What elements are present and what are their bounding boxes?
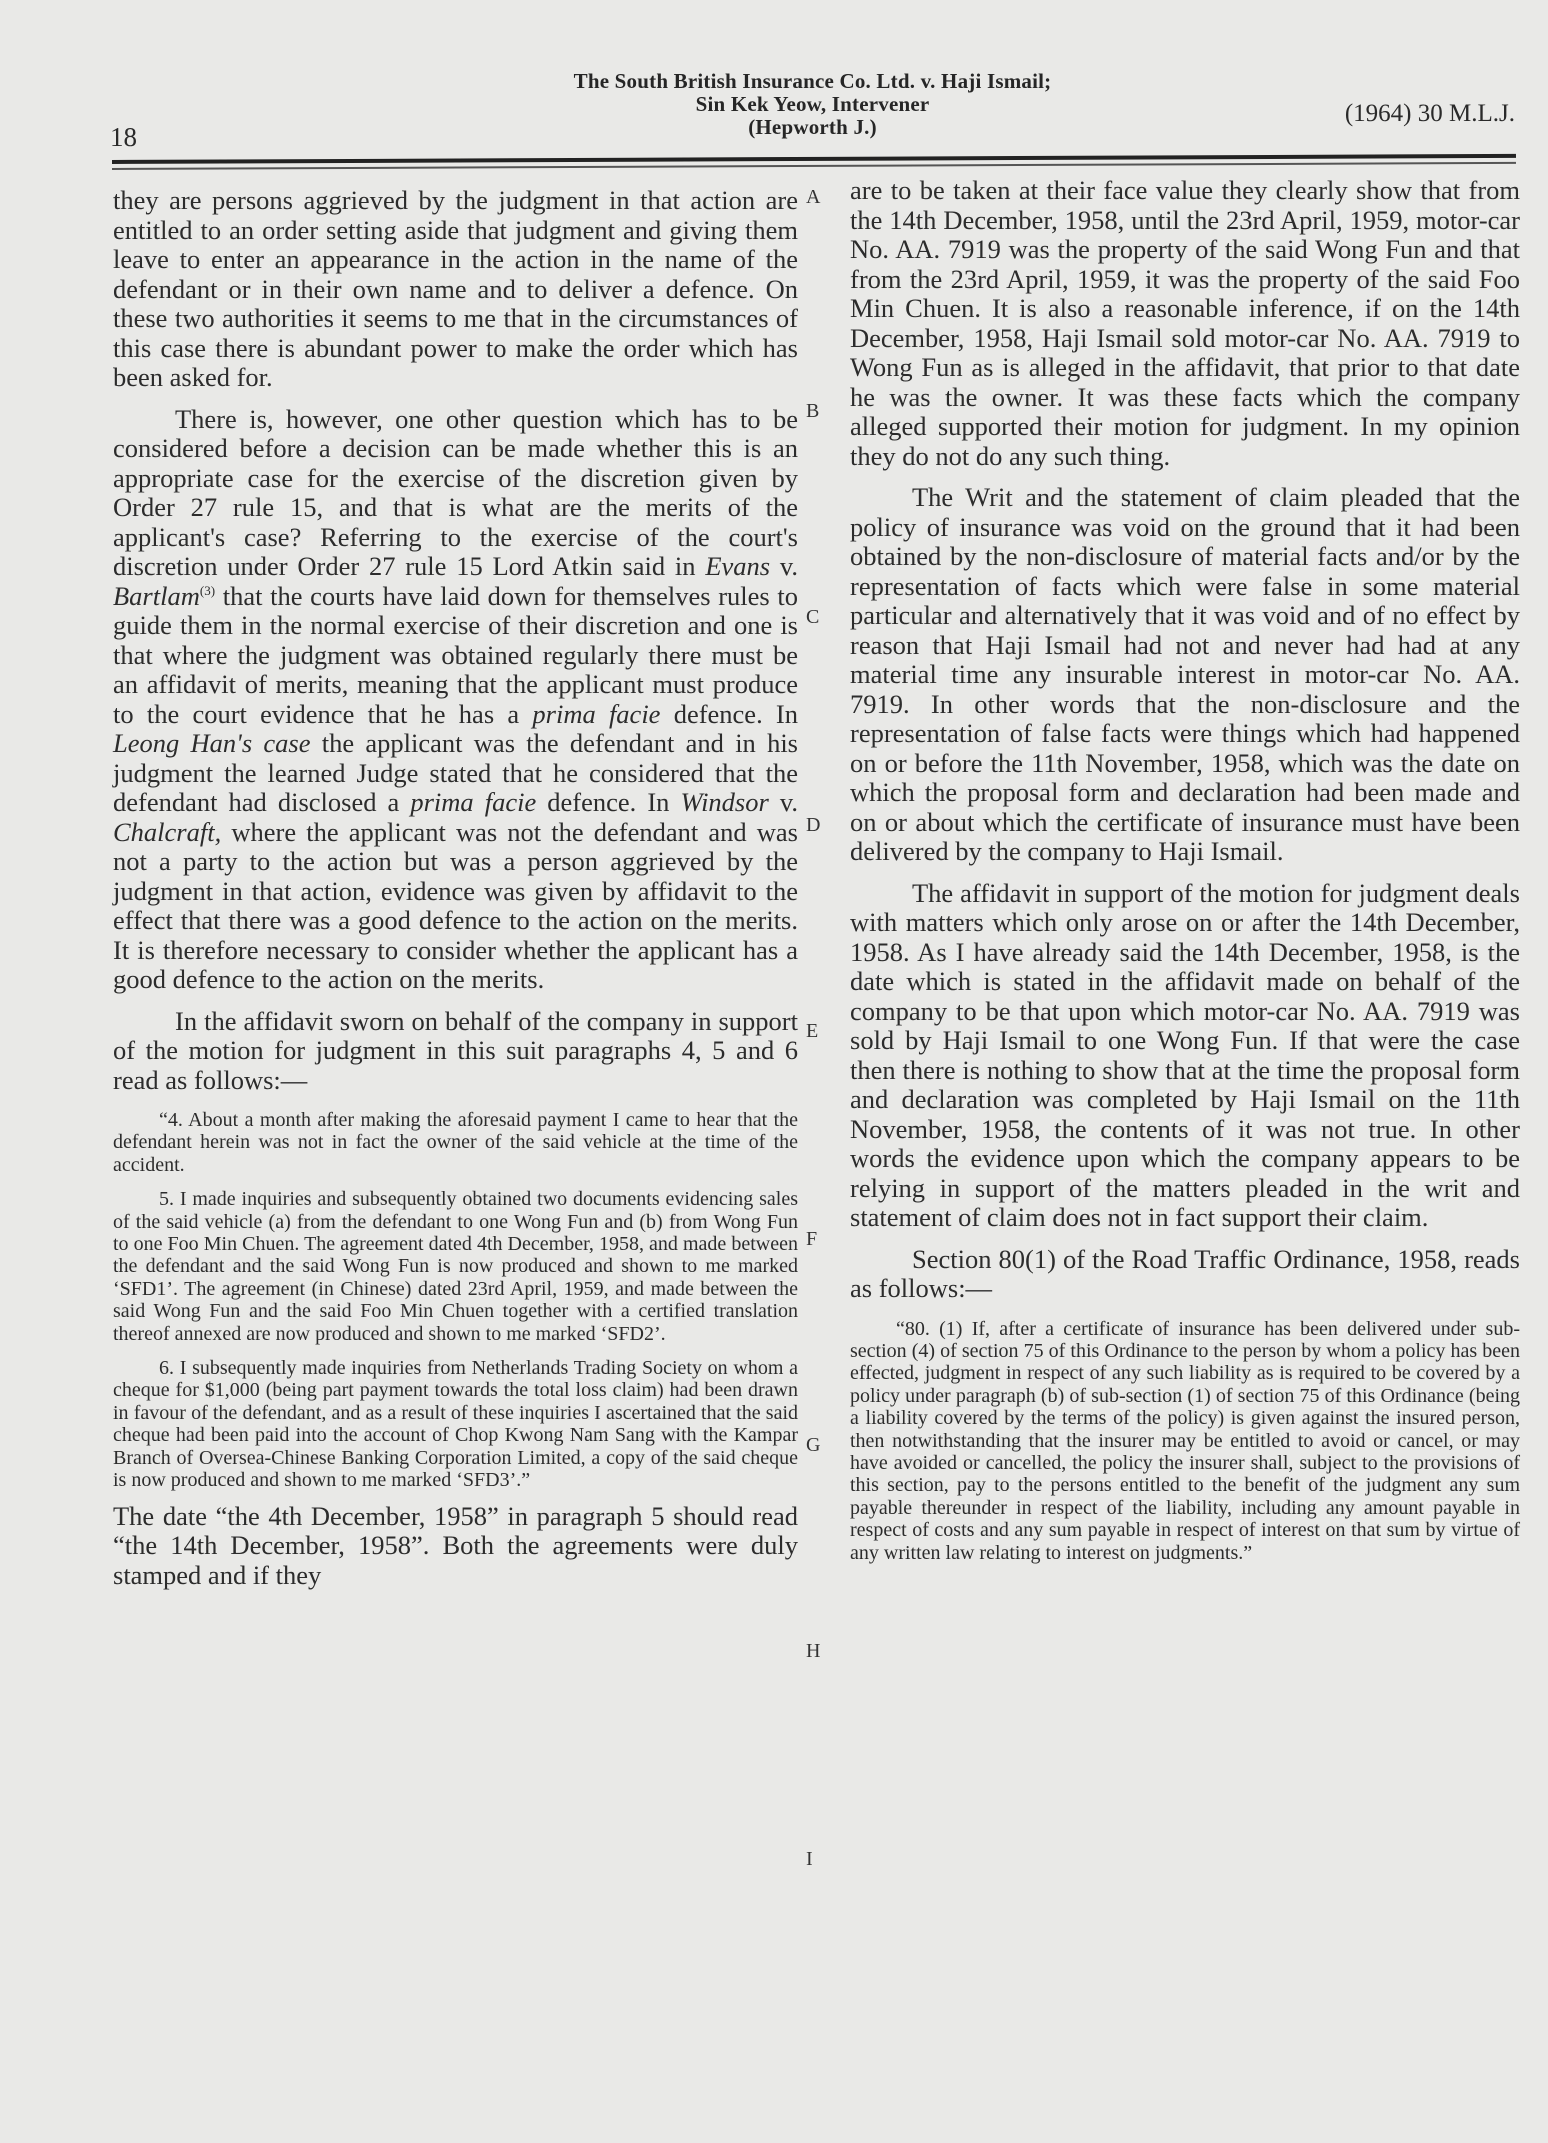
right-paragraph-2: The Writ and the statement of claim plea… bbox=[850, 483, 1520, 867]
right-paragraph-4: Section 80(1) of the Road Traffic Ordina… bbox=[850, 1245, 1520, 1304]
case-name: Evans bbox=[705, 551, 770, 581]
latin-phrase: prima facie bbox=[532, 699, 660, 729]
margin-letter-c: C bbox=[806, 606, 819, 629]
left-column: they are persons aggrieved by the judgme… bbox=[113, 186, 798, 1590]
left-paragraph-2: There is, however, one other question wh… bbox=[113, 405, 798, 995]
left-paragraph-4: The date “the 4th December, 1958” in par… bbox=[113, 1502, 798, 1591]
left-paragraph-3: In the affidavit sworn on behalf of the … bbox=[113, 1007, 798, 1096]
document-page: 18 The South British Insurance Co. Ltd. … bbox=[0, 0, 1548, 2143]
margin-letter-e: E bbox=[806, 1020, 818, 1043]
margin-letter-h: H bbox=[806, 1640, 820, 1663]
statute-quote: “80. (1) If, after a certificate of insu… bbox=[850, 1318, 1520, 1564]
latin-phrase: prima facie bbox=[410, 787, 536, 817]
margin-letter-f: F bbox=[806, 1228, 817, 1251]
margin-letter-a: A bbox=[806, 186, 820, 209]
section-80-text: “80. (1) If, after a certificate of insu… bbox=[850, 1318, 1520, 1564]
left-paragraph-1: they are persons aggrieved by the judgme… bbox=[113, 186, 798, 393]
right-paragraph-3: The affidavit in support of the motion f… bbox=[850, 879, 1520, 1233]
margin-letter-b: B bbox=[806, 400, 819, 423]
affidavit-paragraph-6: 6. I subsequently made inquiries from Ne… bbox=[113, 1357, 798, 1491]
margin-letter-g: G bbox=[806, 1434, 820, 1457]
case-name: Leong Han's case bbox=[113, 728, 311, 758]
footnote-reference: (3) bbox=[200, 583, 215, 598]
affidavit-quote: “4. About a month after making the afore… bbox=[113, 1109, 798, 1492]
running-title-line-2: Sin Kek Yeow, Intervener bbox=[110, 93, 1515, 116]
margin-letter-d: D bbox=[806, 814, 820, 837]
margin-letter-i: I bbox=[806, 1848, 813, 1871]
right-column: are to be taken at their face value they… bbox=[850, 176, 1520, 1574]
case-name: Chalcraft, bbox=[113, 817, 221, 847]
affidavit-paragraph-5: 5. I made inquiries and subsequently obt… bbox=[113, 1188, 798, 1345]
affidavit-paragraph-4: “4. About a month after making the afore… bbox=[113, 1109, 798, 1176]
report-citation: (1964) 30 M.L.J. bbox=[1345, 100, 1515, 128]
running-title-line-1: The South British Insurance Co. Ltd. v. … bbox=[110, 70, 1515, 93]
running-title: The South British Insurance Co. Ltd. v. … bbox=[110, 70, 1515, 139]
case-name: Bartlam bbox=[113, 581, 200, 611]
right-paragraph-1: are to be taken at their face value they… bbox=[850, 176, 1520, 471]
running-title-line-3: (Hepworth J.) bbox=[110, 116, 1515, 139]
case-name: Windsor bbox=[680, 787, 768, 817]
